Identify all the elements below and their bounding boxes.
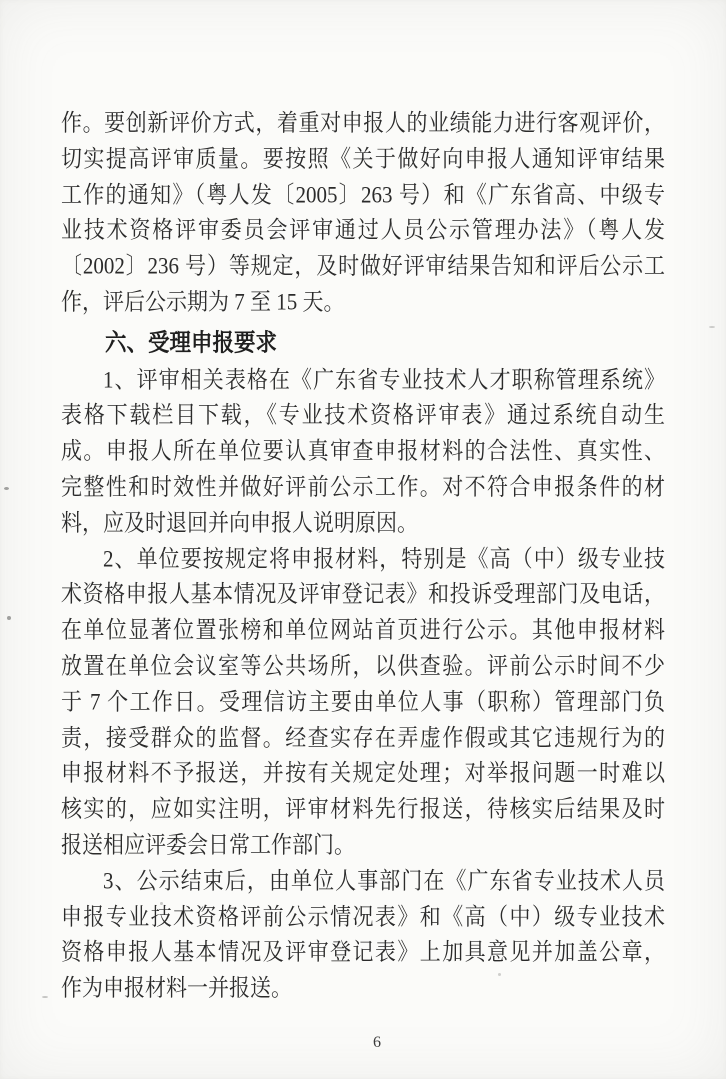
document-text-line: 3、公示结束后，由单位人事部门在《广东省专业技术人员 (61, 862, 665, 902)
document-body: 作。要创新评价方式，着重对申报人的业绩能力进行客观评价，切实提高评审质量。要按照… (61, 106, 665, 1007)
scan-speck (7, 616, 11, 620)
scan-speck (4, 487, 9, 490)
document-text-line: 切实提高评审质量。要按照《关于做好向申报人通知评审结果 (61, 140, 665, 180)
document-text-line: 业技术资格评审委员会评审通过人员公示管理办法》（粤人发 (61, 211, 665, 251)
document-text-line: 完整性和时效性并做好评前公示工作。对不符合申报条件的材 (61, 468, 665, 508)
document-text-line: 核实的，应如实注明，评审材料先行报送，待核实后结果及时 (61, 790, 665, 830)
document-text-line: 1、评审相关表格在《广东省专业技术人才职称管理系统》 (61, 360, 665, 400)
document-text-line: 于 7 个工作日。受理信访主要由单位人事（职称）管理部门负 (61, 683, 665, 723)
document-text-line: 表格下载栏目下载，《专业技术资格评审表》通过系统自动生 (61, 396, 665, 436)
document-text-line: 2、单位要按规定将申报材料，特别是《高（中）级专业技 (61, 539, 665, 579)
document-text-line: 工作的通知》（粤人发〔2005〕263 号）和《广东省高、中级专 (61, 175, 665, 215)
scan-speck (42, 996, 48, 998)
document-text-line: 作为申报材料一并报送。 (61, 969, 665, 1009)
document-text-line: 放置在单位会议室等公共场所，以供查验。评前公示时间不少 (61, 647, 665, 687)
document-text-line: 责，接受群众的监督。经查实存在弄虚作假或其它违规行为的 (61, 718, 665, 758)
document-text-line: 资格申报人基本情况及评审登记表》上加具意见并加盖公章， (61, 933, 665, 973)
document-text-line: 成。申报人所在单位要认真审查申报材料的合法性、真实性、 (61, 432, 665, 472)
document-text-line: 作，评后公示期为 7 至 15 天。 (61, 283, 665, 323)
document-text-line: 料，应及时退回并向申报人说明原因。 (61, 504, 665, 544)
document-text-line: 〔2002〕236 号）等规定，及时做好评审结果告知和评后公示工 (61, 247, 665, 287)
page-number: 6 (14, 1034, 726, 1052)
document-text-line: 在单位显著位置张榜和单位网站首页进行公示。其他申报材料 (61, 611, 665, 651)
scan-speck (709, 326, 715, 328)
document-text-line: 术资格申报人基本情况及评审登记表》和投诉受理部门及电话， (61, 575, 665, 615)
section-heading: 六、受理申报要求 (61, 324, 665, 364)
document-text-line: 作。要创新评价方式，着重对申报人的业绩能力进行客观评价， (61, 104, 665, 144)
document-text-line: 报送相应评委会日常工作部门。 (61, 826, 665, 866)
document-text-line: 申报专业技术资格评前公示情况表》和《高（中）级专业技术 (61, 897, 665, 937)
document-text-line: 申报材料不予报送，并按有关规定处理；对举报问题一时难以 (61, 754, 665, 794)
